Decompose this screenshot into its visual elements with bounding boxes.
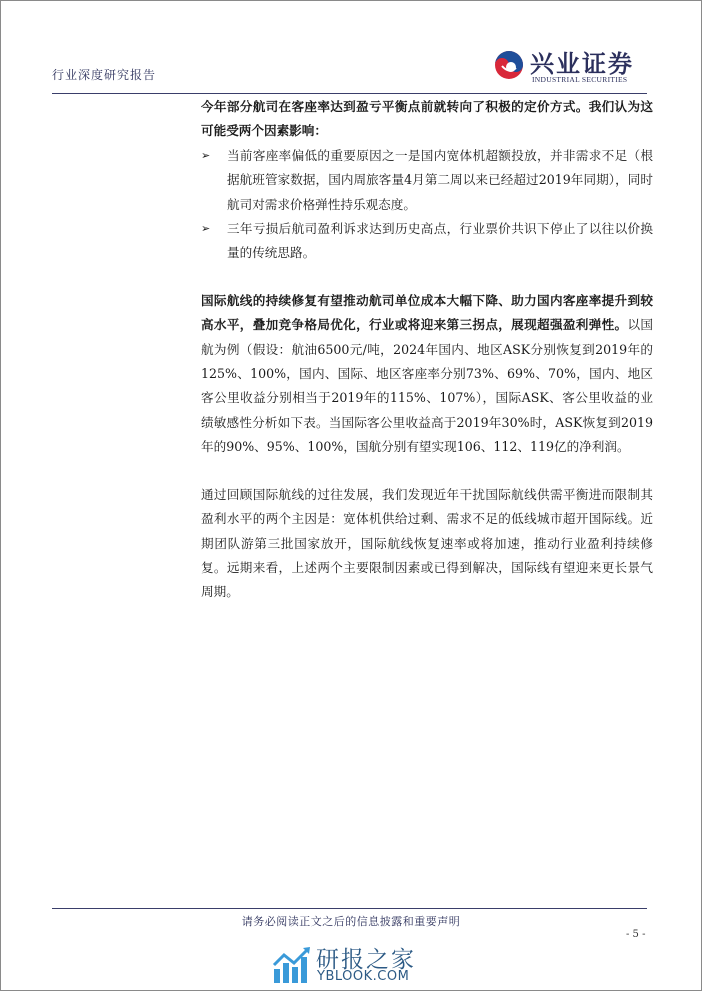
intro-paragraph: 今年部分航司在客座率达到盈亏平衡点前就转向了积极的定价方式。我们认为这可能受两个…	[201, 95, 653, 144]
brand-name-cn: 兴业证券	[530, 44, 634, 79]
arrow-bullet-icon: ➢	[201, 144, 210, 168]
page-number: - 5 -	[626, 929, 645, 940]
list-item: ➢ 三年亏损后航司盈利诉求达到历史高点，行业票价共识下停止了以往以价换量的传统思…	[201, 217, 653, 266]
watermark-domain: YBLOOK.COM	[317, 969, 409, 984]
list-item: ➢ 当前客座率偏低的重要原因之一是国内宽体机超额投放，并非需求不足（根据航班管家…	[201, 144, 653, 217]
list-item-text: 三年亏损后航司盈利诉求达到历史高点，行业票价共识下停止了以往以价换量的传统思路。	[227, 221, 653, 260]
arrow-bullet-icon: ➢	[201, 217, 210, 241]
key-conclusion: 国际航线的持续修复有望推动航司单位成本大幅下降、助力国内客座率提升到较高水平，叠…	[201, 293, 653, 332]
watermark: 研报之家 YBLOOK.COM	[272, 943, 432, 989]
report-body: 今年部分航司在客座率达到盈亏平衡点前就转向了积极的定价方式。我们认为这可能受两个…	[201, 95, 653, 605]
report-type-label: 行业深度研究报告	[52, 66, 156, 83]
air-china-example: 以国航为例（假设：航油6500元/吨，2024年国内、地区ASK分别恢复到201…	[201, 317, 653, 454]
factor-list: ➢ 当前客座率偏低的重要原因之一是国内宽体机超额投放，并非需求不足（根据航班管家…	[201, 144, 653, 266]
bar-chart-trend-icon	[272, 945, 312, 985]
brand-name-en: INDUSTRIAL SECURITIES	[532, 75, 627, 84]
header-divider	[52, 93, 647, 94]
brand-logo: 兴业证券 INDUSTRIAL SECURITIES	[494, 44, 654, 90]
historical-review-paragraph: 通过回顾国际航线的过往发展，我们发现近年干扰国际航线供需平衡进而限制其盈利水平的…	[201, 483, 653, 605]
industrial-securities-logo-icon	[494, 50, 524, 80]
international-routes-paragraph: 国际航线的持续修复有望推动航司单位成本大幅下降、助力国内客座率提升到较高水平，叠…	[201, 289, 653, 460]
disclaimer-notice: 请务必阅读正文之后的信息披露和重要声明	[0, 913, 702, 929]
footer-divider	[52, 908, 647, 909]
list-item-text: 当前客座率偏低的重要原因之一是国内宽体机超额投放，并非需求不足（根据航班管家数据…	[227, 148, 653, 212]
